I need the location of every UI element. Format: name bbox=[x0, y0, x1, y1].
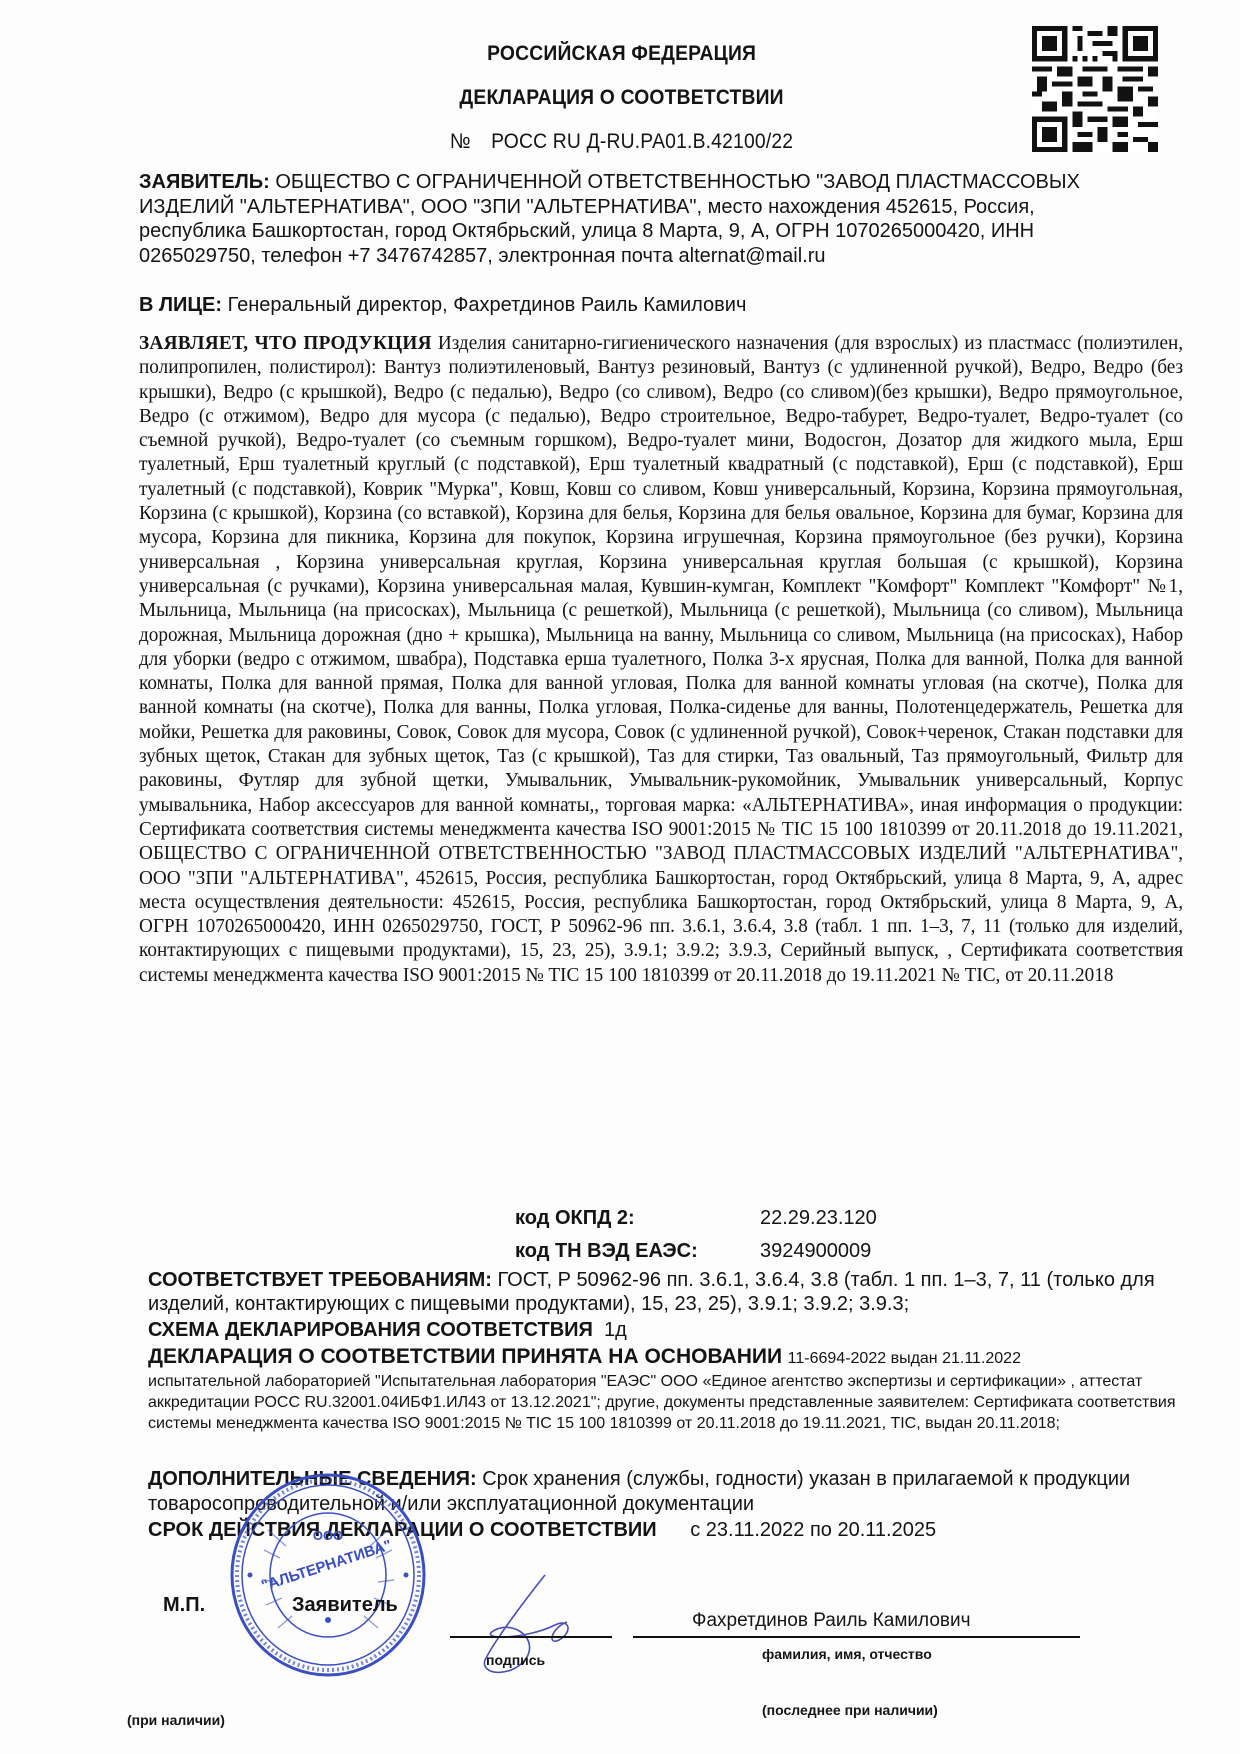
tnved-value: 3924900009 bbox=[760, 1240, 871, 1262]
applicant-block: ЗАЯВИТЕЛЬ: ОБЩЕСТВО С ОГРАНИЧЕННОЙ ОТВЕТ… bbox=[139, 170, 1099, 268]
okpd2-code: код ОКПД 2:22.29.23.120 bbox=[515, 1207, 877, 1230]
represented-by-text: Генеральный директор, Фахретдинов Раиль … bbox=[228, 294, 747, 316]
product-declaration: ЗАЯВЛЯЕТ, ЧТО ПРОДУКЦИЯ Изделия санитарн… bbox=[139, 332, 1183, 988]
declares-label: ЗАЯВЛЯЕТ, ЧТО ПРОДУКЦИЯ bbox=[139, 333, 432, 354]
tnved-label: код ТН ВЭД ЕАЭС: bbox=[515, 1240, 760, 1263]
validity-period: СРОК ДЕЙСТВИЯ ДЕКЛАРАЦИИ О СООТВЕТСТВИИ … bbox=[148, 1518, 1208, 1542]
country-heading: РОССИЙСКАЯ ФЕДЕРАЦИЯ bbox=[51, 42, 1192, 66]
svg-text:"АЛЬТЕРНАТИВА": "АЛЬТЕРНАТИВА" bbox=[259, 1537, 394, 1595]
basis-head-text: 11-6694-2022 выдан 21.11.2022 bbox=[788, 1350, 1021, 1367]
basis-details: испытательной лабораторией "Испытательна… bbox=[148, 1371, 1198, 1434]
tnved-code: код ТН ВЭД ЕАЭС:3924900009 bbox=[515, 1240, 871, 1263]
declaration-number: №РОСС RU Д-RU.РА01.В.42100/22 bbox=[51, 130, 1192, 154]
signatory-name: Фахретдинов Раиль Камилович bbox=[692, 1610, 971, 1632]
basis-label: ДЕКЛАРАЦИЯ О СООТВЕТСТВИИ ПРИНЯТА НА ОСН… bbox=[148, 1345, 782, 1368]
requirements: СООТВЕТСТВУЕТ ТРЕБОВАНИЯМ: ГОСТ, Р 50962… bbox=[148, 1268, 1208, 1316]
scheme-label: СХЕМА ДЕКЛАРИРОВАНИЯ СООТВЕТСТВИЯ bbox=[148, 1319, 593, 1341]
document-title: ДЕКЛАРАЦИЯ О СООТВЕТСТВИИ bbox=[51, 86, 1192, 110]
additional-info: ДОПОЛНИТЕЛЬНЫЕ СВЕДЕНИЯ: Срок хранения (… bbox=[148, 1467, 1208, 1517]
patronymic-caption: (последнее при наличии) bbox=[762, 1702, 938, 1718]
number-sign: № bbox=[450, 130, 471, 153]
represented-by-label: В ЛИЦЕ: bbox=[139, 294, 222, 316]
name-caption: фамилия, имя, отчество bbox=[762, 1646, 932, 1662]
name-line bbox=[633, 1636, 1080, 1638]
validity-label: СРОК ДЕЙСТВИЯ ДЕКЛАРАЦИИ О СООТВЕТСТВИИ bbox=[148, 1519, 657, 1541]
seal-place-label: М.П. bbox=[163, 1594, 205, 1617]
signature-caption: подпись bbox=[486, 1652, 545, 1668]
declaration-basis: ДЕКЛАРАЦИЯ О СООТВЕТСТВИИ ПРИНЯТА НА ОСН… bbox=[148, 1345, 1208, 1371]
applicant-signature-label: Заявитель bbox=[292, 1594, 398, 1617]
additional-label: ДОПОЛНИТЕЛЬНЫЕ СВЕДЕНИЯ: bbox=[148, 1468, 477, 1490]
declaration-number-value: РОСС RU Д-RU.РА01.В.42100/22 bbox=[491, 130, 793, 153]
declares-text: Изделия санитарно-гигиенического назначе… bbox=[139, 333, 1183, 986]
validity-dates: с 23.11.2022 по 20.11.2025 bbox=[690, 1519, 936, 1541]
okpd2-value: 22.29.23.120 bbox=[760, 1207, 877, 1229]
okpd2-label: код ОКПД 2: bbox=[515, 1207, 760, 1230]
represented-by: В ЛИЦЕ: Генеральный директор, Фахретдино… bbox=[139, 294, 746, 317]
declaration-page: РОССИЙСКАЯ ФЕДЕРАЦИЯ ДЕКЛАРАЦИЯ О СООТВЕ… bbox=[0, 0, 1240, 1754]
applicant-label: ЗАЯВИТЕЛЬ: bbox=[139, 171, 270, 193]
requirements-label: СООТВЕТСТВУЕТ ТРЕБОВАНИЯМ: bbox=[148, 1269, 492, 1291]
declaration-scheme: СХЕМА ДЕКЛАРИРОВАНИЯ СООТВЕТСТВИЯ 1д bbox=[148, 1318, 1208, 1342]
qr-code-icon bbox=[1032, 26, 1158, 152]
applicant-text: ОБЩЕСТВО С ОГРАНИЧЕННОЙ ОТВЕТСТВЕННОСТЬЮ… bbox=[139, 171, 1080, 267]
scheme-value: 1д bbox=[604, 1319, 627, 1341]
seal-caption: (при наличии) bbox=[127, 1712, 225, 1728]
signature-line bbox=[450, 1636, 612, 1638]
